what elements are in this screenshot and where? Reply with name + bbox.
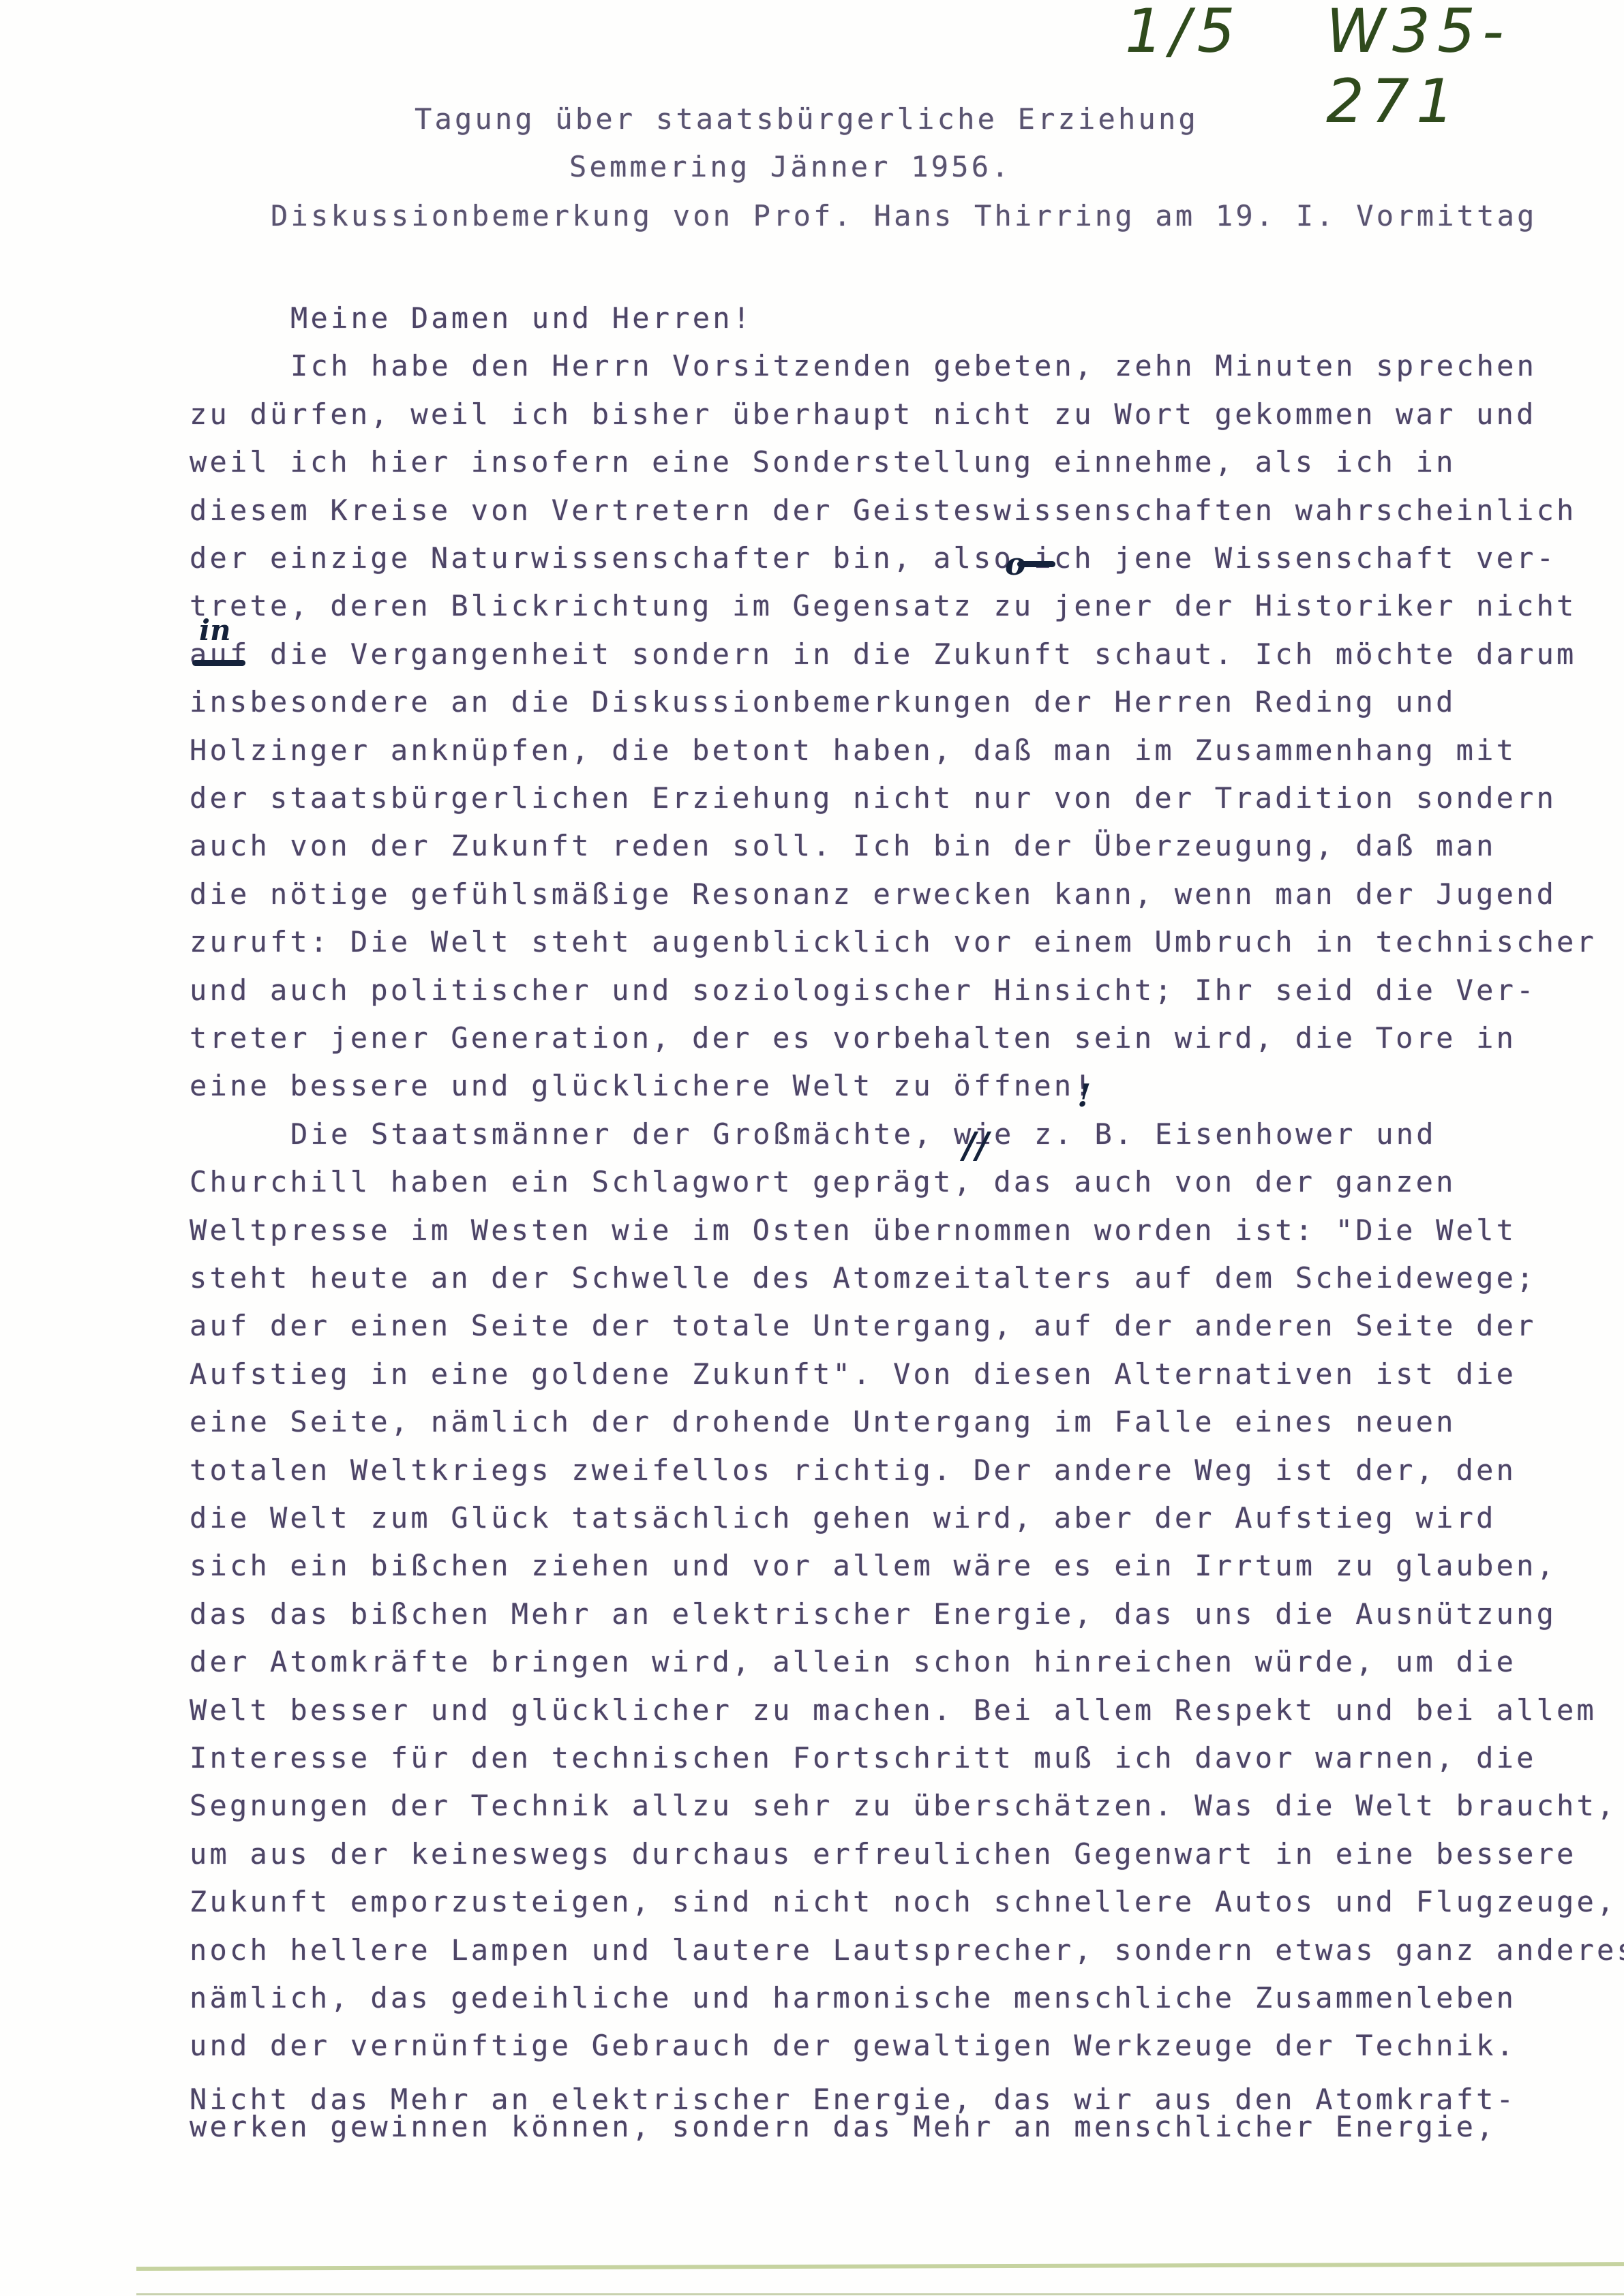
body-line: Weltpresse im Westen wie im Osten überno…: [190, 1213, 1516, 1247]
document-place-date: Semmering Jänner 1956.: [569, 150, 1012, 183]
body-line: der einzige Naturwissenschafter bin, als…: [190, 541, 1557, 575]
body-line: trete, deren Blickrichtung im Gegensatz …: [190, 589, 1577, 622]
body-line: Aufstieg in eine goldene Zukunft". Von d…: [190, 1357, 1516, 1391]
body-line: werken gewinnen können, sondern das Mehr…: [190, 2110, 1497, 2143]
body-line: Interesse für den technischen Fortschrit…: [190, 1741, 1537, 1774]
body-line: weil ich hier insofern eine Sonderstellu…: [190, 445, 1456, 479]
body-line: Churchill haben ein Schlagwort geprägt, …: [190, 1165, 1456, 1198]
body-line: zuruft: Die Welt steht augenblicklich vo…: [190, 925, 1597, 958]
archive-number-annotation: W35-271: [1326, 0, 1624, 136]
body-line: und auch politischer und soziologischer …: [190, 973, 1537, 1007]
body-line: treter jener Generation, der es vorbehal…: [190, 1021, 1516, 1055]
strike-through-ich: [1017, 561, 1055, 567]
strike-through-auf: [192, 660, 245, 666]
body-line: Holzinger anknüpfen, die betont haben, d…: [190, 734, 1516, 767]
body-line: die Welt zum Glück tatsächlich gehen wir…: [190, 1501, 1497, 1535]
body-line: die nötige gefühlsmäßige Resonanz erweck…: [190, 877, 1557, 911]
body-line: insbesondere an die Diskussionbemerkunge…: [190, 685, 1456, 719]
replacement-in-correction: in: [199, 614, 231, 647]
body-line: auf der einen Seite der totale Untergang…: [190, 1309, 1537, 1342]
body-line: auf die Vergangenheit sondern in die Zuk…: [190, 637, 1577, 671]
body-line: Ich habe den Herrn Vorsitzenden gebeten,…: [290, 349, 1537, 382]
body-line: das das bißchen Mehr an elektrischer Ene…: [190, 1597, 1557, 1631]
body-line: Segnungen der Technik allzu sehr zu über…: [190, 1789, 1617, 1822]
document-title: Tagung über staatsbürgerliche Erziehung: [415, 102, 1199, 136]
body-line: eine Seite, nämlich der drohende Unterga…: [190, 1405, 1456, 1438]
body-line: Die Staatsmänner der Großmächte, wie z. …: [290, 1117, 1437, 1151]
body-line: nämlich, das gedeihliche und harmonische…: [190, 1981, 1516, 2014]
document-page: 1/5 W35-271 Tagung über staatsbürgerlich…: [0, 0, 1624, 2296]
body-line: totalen Weltkriegs zweifellos richtig. D…: [190, 1453, 1516, 1487]
body-line: noch hellere Lampen und lautere Lautspre…: [190, 1933, 1624, 1967]
body-line: sich ein bißchen ziehen und vor allem wä…: [190, 1549, 1557, 1582]
body-line: um aus der keineswegs durchaus erfreulic…: [190, 1837, 1577, 1871]
exclamation-correction: !: [1077, 1077, 1091, 1114]
body-line: Welt besser und glücklicher zu machen. B…: [190, 1693, 1597, 1727]
page-edge-line-bottom: [136, 2293, 1624, 2295]
body-line: Meine Damen und Herren!: [290, 301, 753, 335]
body-line: diesem Kreise von Vertretern der Geistes…: [190, 494, 1577, 527]
slash-correction: //: [963, 1125, 989, 1166]
body-line: Zukunft emporzusteigen, sind nicht noch …: [190, 1885, 1617, 1918]
body-line: der Atomkräfte bringen wird, allein scho…: [190, 1645, 1516, 1678]
body-line: eine bessere und glücklichere Welt zu öf…: [190, 1069, 1094, 1102]
body-line: zu dürfen, weil ich bisher überhaupt nic…: [190, 397, 1537, 431]
page-marker-annotation: 1/5: [1125, 0, 1242, 66]
body-line: steht heute an der Schwelle des Atomzeit…: [190, 1261, 1537, 1295]
body-line: auch von der Zukunft reden soll. Ich bin…: [190, 829, 1497, 862]
body-line: und der vernünftige Gebrauch der gewalti…: [190, 2029, 1516, 2062]
document-subtitle: Diskussionbemerkung von Prof. Hans Thirr…: [271, 199, 1537, 232]
body-line: der staatsbürgerlichen Erziehung nicht n…: [190, 781, 1557, 815]
page-edge-line: [136, 2262, 1624, 2271]
